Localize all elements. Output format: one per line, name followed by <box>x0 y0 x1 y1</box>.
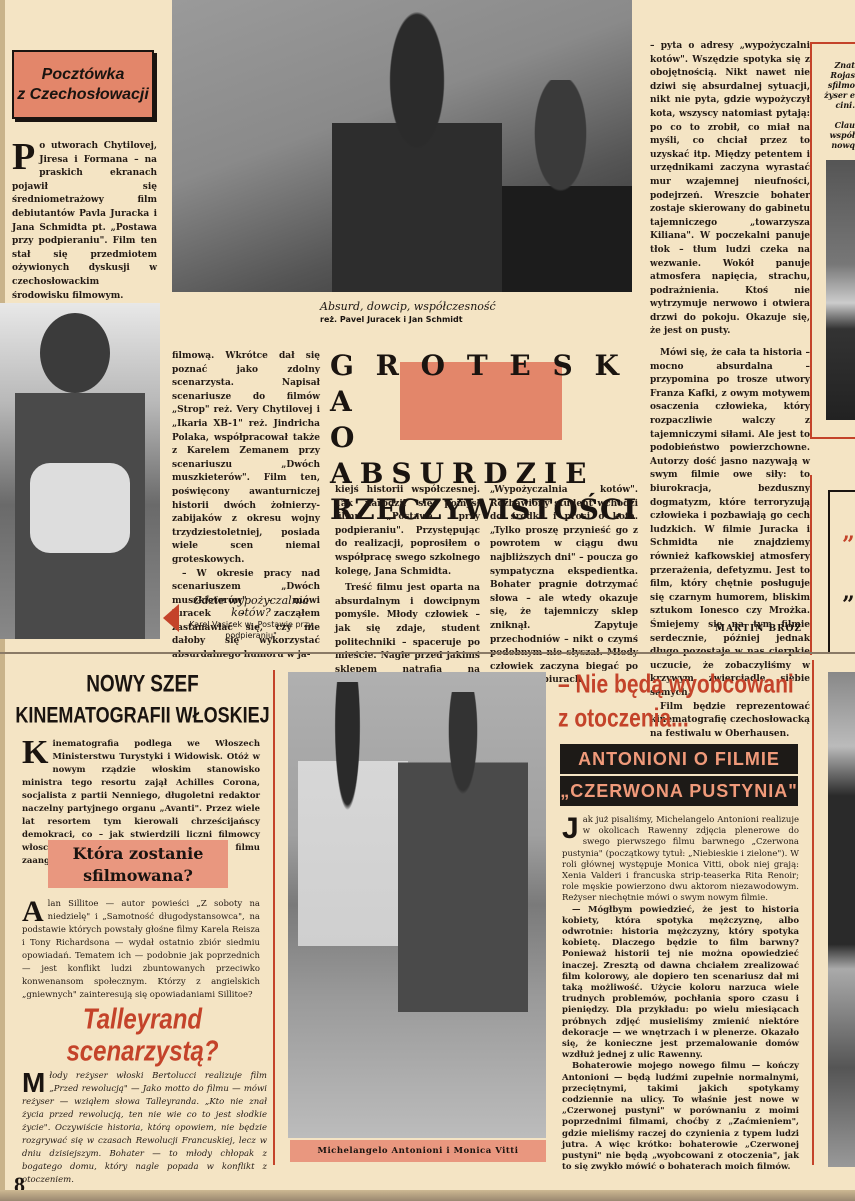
side-photo-caption: Gdzie wypożyczalnia kotów? Karel Vasicek… <box>176 595 326 641</box>
caption-pointer-arrow-icon <box>163 604 179 632</box>
photo-figure-2 <box>502 80 632 292</box>
article2-body: Alan Sillitoe — autor powieści „Z soboty… <box>22 898 260 1002</box>
antonioni-bar-1: ANTONIONI O FILMIE <box>560 744 798 774</box>
main-photo <box>172 0 632 292</box>
right-margin-photo <box>826 160 855 420</box>
center-photo-caption-bar: Michelangelo Antonioni i Monica Vitti <box>290 1140 546 1162</box>
col3-text: kiejś historii współczesnej. Tak narodzi… <box>335 484 480 691</box>
section-divider <box>0 652 855 654</box>
right-hline-1 <box>810 42 855 44</box>
kicker-line2: z Czechosłowacji <box>17 85 149 105</box>
side-photo <box>0 303 160 639</box>
col4-text: „Wypożyczalnia kotów". Rozbawiony studen… <box>490 484 638 688</box>
col5-text: – pyta o adresy „wypożyczalni kotów". Ws… <box>650 40 810 741</box>
bottom-left-divider <box>273 670 275 1165</box>
right-divider-mid <box>810 475 812 655</box>
drop-cap-p: P <box>12 142 35 172</box>
bottom-right-divider <box>812 660 814 1165</box>
article1-title: NOWY SZEF KINEMATOGRAFII WŁOSKIEJ <box>10 672 275 728</box>
antonioni-bar-2: „CZERWONA PUSTYNIA" <box>560 776 798 806</box>
photo-figure-1 <box>332 10 502 292</box>
right-hline-2 <box>810 437 855 439</box>
article3-title: Talleyrand scenarzystą? <box>30 1004 255 1068</box>
right-divider-top <box>810 42 812 437</box>
antonioni-headline: – Nie będą wyobcowani z otoczenia... <box>558 668 818 736</box>
main-photo-caption: Absurd, dowcip, współczesność reż. Pavel… <box>320 300 520 324</box>
article3-body: Młody reżyser włoski Bertolucci realizuj… <box>22 1070 267 1187</box>
bottom-edge <box>0 1190 855 1201</box>
kicker-line1: Pocztówka <box>42 65 125 85</box>
article2-title-box: Która zostanie sfilmowana? <box>48 840 228 888</box>
antonioni-vitti-photo <box>288 672 546 1138</box>
right-margin-snippet: Znat Rojas sfilmo żyser e cini. Clau wsp… <box>822 60 855 150</box>
antonioni-body: Jak już pisaliśmy, Michelangelo Antonion… <box>562 815 799 1174</box>
right-quote-box: ” ” <box>828 490 855 654</box>
author-signature: MARTIN BROŻ <box>715 624 802 634</box>
kicker-box: Pocztówka z Czechosłowacji <box>12 50 154 119</box>
right-edge-photo-bottom <box>828 672 855 1167</box>
